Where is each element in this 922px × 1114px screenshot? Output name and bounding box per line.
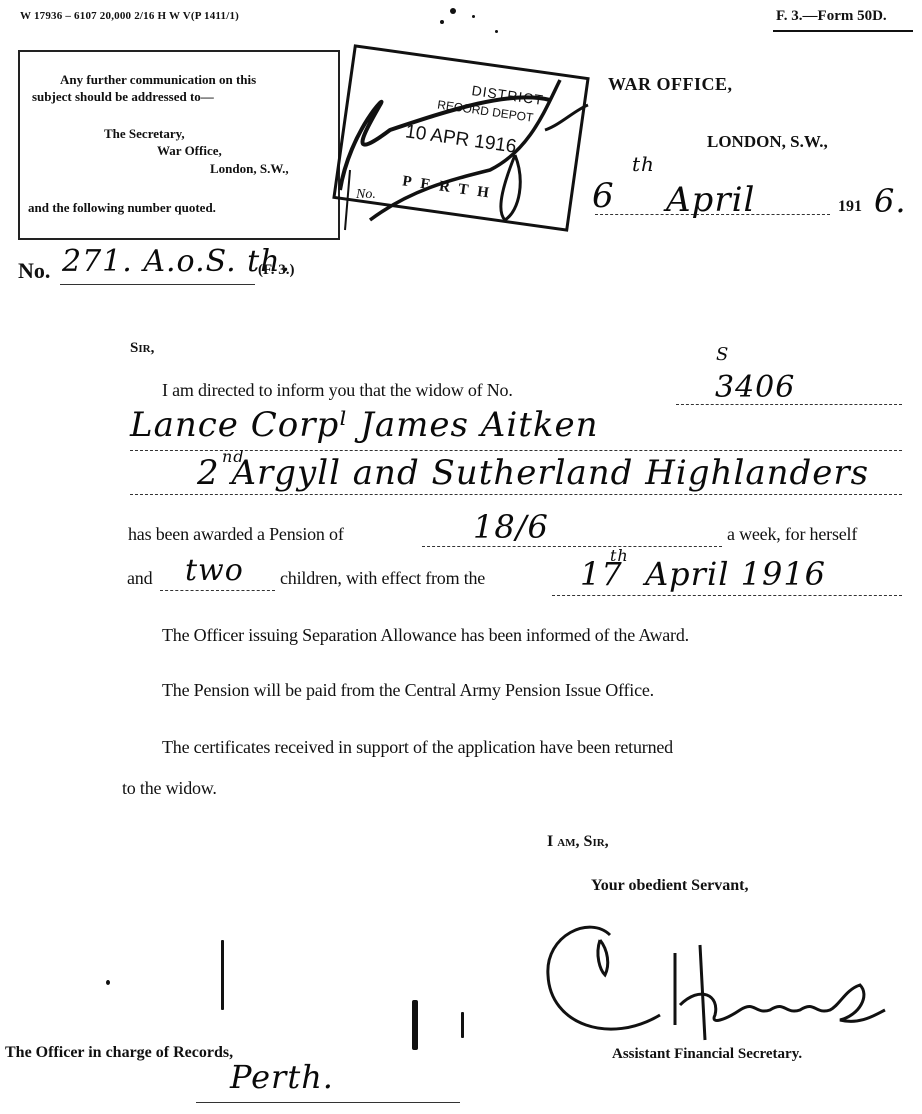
signature-icon	[540, 915, 900, 1045]
effective-day-suffix: th	[610, 546, 629, 565]
address-box-line: London, S.W.,	[210, 161, 289, 177]
children-count: two	[185, 553, 244, 588]
scan-artifact	[412, 1000, 418, 1050]
regimental-prefix: S	[716, 344, 729, 365]
scan-artifact	[221, 940, 224, 1010]
form-number-underline	[773, 30, 913, 32]
pension-award-text: has been awarded a Pension of	[128, 524, 344, 545]
regimental-number: 3406	[715, 370, 795, 405]
closing-servant: Your obedient Servant,	[591, 877, 749, 895]
children-count-fill-line	[160, 590, 275, 591]
closing-line: I am, Sir,	[547, 833, 609, 851]
address-box-line: War Office,	[157, 143, 222, 159]
scan-artifact	[495, 30, 498, 33]
sender-office: WAR OFFICE,	[608, 74, 733, 95]
letter-date-year-handwritten: 6.	[874, 182, 907, 220]
address-box-line: The Secretary,	[104, 126, 185, 142]
scan-artifact	[461, 1012, 464, 1038]
reference-fill-line	[60, 284, 255, 285]
paragraph-certificates: The certificates received in support of …	[162, 737, 673, 758]
children-prefix-text: and	[127, 568, 152, 589]
scan-artifact	[106, 980, 110, 985]
effective-date-fill-line	[552, 595, 902, 596]
print-reference: W 17936 – 6107 20,000 2/16 H W V(P 1411/…	[20, 10, 239, 22]
recipient-fill-line	[196, 1102, 460, 1103]
reference-label: No.	[18, 258, 50, 284]
children-effect-text: children, with effect from the	[280, 568, 485, 589]
effective-month-year: April 1916	[645, 555, 826, 593]
address-box-line: subject should be addressed to—	[32, 89, 214, 105]
svg-text:No.: No.	[355, 187, 376, 202]
address-box-line: and the following number quoted.	[28, 200, 216, 216]
letter-date-day: 6	[592, 176, 615, 216]
pension-amount-fill-line	[422, 546, 722, 547]
pension-amount: 18/6	[473, 508, 549, 546]
letter-date-day-suffix: th	[632, 152, 655, 176]
date-fill-line	[595, 214, 830, 215]
recipient-label: The Officer in charge of Records,	[5, 1044, 233, 1062]
pension-frequency-text: a week, for herself	[727, 524, 857, 545]
scan-artifact	[472, 15, 475, 18]
regimental-number-fill-line	[676, 404, 902, 405]
letter-date-year-printed: 191	[838, 198, 862, 216]
address-box-line: Any further communication on this	[60, 72, 256, 88]
paragraph-certificates-continued: to the widow.	[122, 778, 217, 799]
reference-number: 271. A.o.S. th.	[62, 244, 291, 279]
sender-city: LONDON, S.W.,	[707, 132, 828, 152]
reference-suffix: (F. 3.)	[258, 262, 295, 279]
paragraph-separation-allowance: The Officer issuing Separation Allowance…	[162, 625, 689, 646]
soldier-unit: 2 Argyll and Sutherland Highlanders	[197, 453, 869, 493]
soldier-fill-line	[130, 450, 902, 451]
unit-fill-line	[130, 494, 902, 495]
scan-artifact	[440, 20, 444, 24]
soldier-rank-name: Lance Corpˡ James Aitken	[130, 405, 599, 445]
recipient-location: Perth.	[230, 1058, 334, 1096]
scan-artifact	[450, 8, 456, 14]
widow-intro-text: I am directed to inform you that the wid…	[162, 380, 513, 401]
address-instructions-box: Any further communication on this subjec…	[18, 50, 340, 240]
salutation: Sir,	[130, 340, 154, 357]
signatory-title: Assistant Financial Secretary.	[612, 1046, 802, 1063]
form-number: F. 3.—Form 50D.	[776, 8, 887, 25]
handwritten-initials-scribble-icon: No.	[330, 70, 590, 240]
paragraph-payment-office: The Pension will be paid from the Centra…	[162, 680, 654, 701]
